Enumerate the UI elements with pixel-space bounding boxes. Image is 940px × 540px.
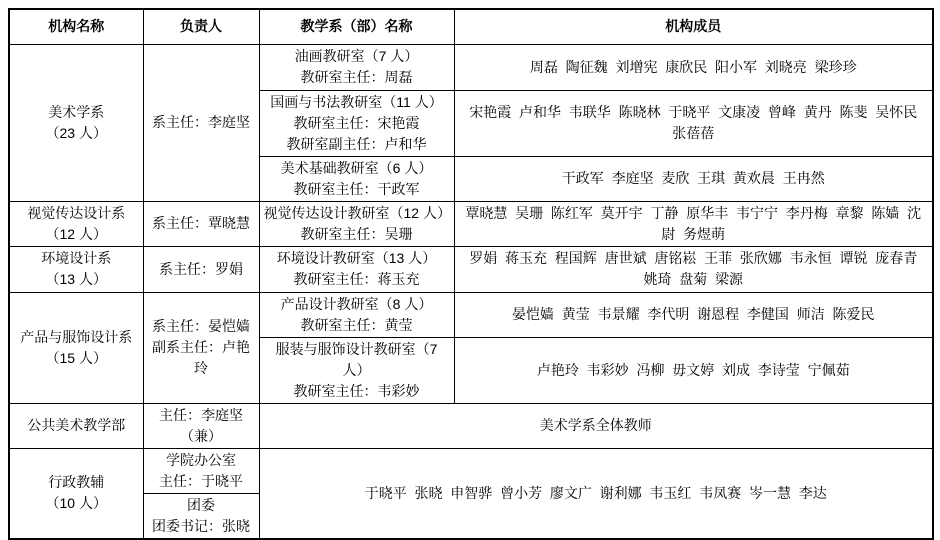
dept-name-line: 国画与书法教研室（11 人）: [264, 92, 450, 113]
org-name-line: 产品与服饰设计系: [14, 327, 139, 348]
members-cell-art-foundation: 干政军 李庭坚 麦欣 王琪 黄欢晨 王冉然: [454, 156, 933, 201]
leader-line: 系主任：罗娟: [148, 259, 255, 280]
dept-name-line: 视觉传达设计教研室（12 人）: [264, 203, 450, 224]
leader-cell-environment-design: 系主任：罗娟: [143, 246, 259, 292]
org-name-cell-public-art-teaching: 公共美术教学部: [9, 403, 143, 448]
dept-cell-chinese-painting-calligraphy: 国画与书法教研室（11 人） 教研室主任：宋艳霞 教研室副主任：卢和华: [259, 90, 454, 156]
leader-line: 系主任：覃晓慧: [148, 213, 255, 234]
dept-head-line: 教研室主任：吴珊: [264, 224, 450, 245]
dept-head-line: 教研室主任：干政军: [264, 179, 450, 200]
org-count-line: （12 人）: [14, 224, 139, 245]
org-name-cell-fine-arts: 美术学系 （23 人）: [9, 44, 143, 201]
dept-cell-environment-design: 环境设计教研室（13 人） 教研室主任：蒋玉充: [259, 246, 454, 292]
header-members: 机构成员: [454, 9, 933, 44]
members-cell-public-art-teaching: 美术学系全体教师: [259, 403, 933, 448]
leader-line: 系主任：李庭坚: [148, 112, 255, 133]
org-name-line: 环境设计系: [14, 248, 139, 269]
leader-cell-product-apparel-design: 系主任：晏恺嫱 副系主任：卢艳玲: [143, 292, 259, 403]
org-name-line: 美术学系: [14, 102, 139, 123]
org-count-line: （13 人）: [14, 269, 139, 290]
table-row: 行政教辅 （10 人） 学院办公室 主任：于晓平 于晓平 张晓 申智骅 曾小芳 …: [9, 448, 933, 493]
dept-name-line: 美术基础教研室（6 人）: [264, 158, 450, 179]
dept-head-line: 教研室主任：周磊: [264, 67, 450, 88]
dept-name-line: 环境设计教研室（13 人）: [264, 248, 450, 269]
table-row: 公共美术教学部 主任：李庭坚（兼） 美术学系全体教师: [9, 403, 933, 448]
dept-name-line: 油画教研室（7 人）: [264, 46, 450, 67]
org-name-cell-visual-design: 视觉传达设计系 （12 人）: [9, 201, 143, 246]
leader-cell-youth-league: 团委 团委书记：张晓: [143, 493, 259, 539]
dept-cell-oil-painting: 油画教研室（7 人） 教研室主任：周磊: [259, 44, 454, 90]
header-dept-name: 教学系（部）名称: [259, 9, 454, 44]
dept-deputy-line: 教研室副主任：卢和华: [264, 134, 450, 155]
office-head-line: 主任：于晓平: [148, 471, 255, 492]
org-count-line: （15 人）: [14, 348, 139, 369]
office-head-line: 团委书记：张晓: [148, 516, 255, 537]
org-count-line: （23 人）: [14, 123, 139, 144]
table-row: 美术学系 （23 人） 系主任：李庭坚 油画教研室（7 人） 教研室主任：周磊 …: [9, 44, 933, 90]
org-count-line: （10 人）: [14, 493, 139, 514]
members-cell-environment-design: 罗娟 蒋玉充 程国辉 唐世斌 唐铭崧 王菲 张欣娜 韦永恒 谭锐 庞春青 姚琦 …: [454, 246, 933, 292]
dept-cell-product-design: 产品设计教研室（8 人） 教研室主任：黄莹: [259, 292, 454, 337]
leader-cell-public-art-teaching: 主任：李庭坚（兼）: [143, 403, 259, 448]
deputy-leader-line: 副系主任：卢艳玲: [148, 337, 255, 379]
table-row: 视觉传达设计系 （12 人） 系主任：覃晓慧 视觉传达设计教研室（12 人） 教…: [9, 201, 933, 246]
leader-cell-fine-arts: 系主任：李庭坚: [143, 44, 259, 201]
office-name-line: 学院办公室: [148, 450, 255, 471]
dept-head-line: 教研室主任：韦彩妙: [264, 381, 450, 402]
office-name-line: 团委: [148, 495, 255, 516]
org-name-cell-product-apparel-design: 产品与服饰设计系 （15 人）: [9, 292, 143, 403]
members-cell-product-design: 晏恺嫱 黄莹 韦景耀 李代明 谢恩程 李健国 师洁 陈爱民: [454, 292, 933, 337]
table-row: 环境设计系 （13 人） 系主任：罗娟 环境设计教研室（13 人） 教研室主任：…: [9, 246, 933, 292]
org-name-line: 行政教辅: [14, 472, 139, 493]
dept-head-line: 教研室主任：蒋玉充: [264, 269, 450, 290]
dept-name-line: 服装与服饰设计教研室（7 人）: [264, 339, 450, 381]
leader-cell-visual-design: 系主任：覃晓慧: [143, 201, 259, 246]
dept-head-line: 教研室主任：黄莹: [264, 315, 450, 336]
org-name-cell-environment-design: 环境设计系 （13 人）: [9, 246, 143, 292]
members-cell-visual-design: 覃晓慧 吴珊 陈红军 莫开宇 丁静 原华丰 韦宁宁 李丹梅 章黎 陈嫱 沈尉 务…: [454, 201, 933, 246]
members-cell-oil-painting: 周磊 陶征魏 刘增宪 康欣民 阳小军 刘晓亮 梁珍珍: [454, 44, 933, 90]
table-row: 产品与服饰设计系 （15 人） 系主任：晏恺嫱 副系主任：卢艳玲 产品设计教研室…: [9, 292, 933, 337]
dept-name-line: 产品设计教研室（8 人）: [264, 294, 450, 315]
members-cell-fashion-design: 卢艳玲 韦彩妙 冯柳 毋文婷 刘成 李诗莹 宁佩茹: [454, 337, 933, 403]
org-name-line: 公共美术教学部: [14, 415, 139, 436]
leader-line: 主任：李庭坚（兼）: [148, 405, 255, 447]
header-org-name: 机构名称: [9, 9, 143, 44]
leader-cell-college-office: 学院办公室 主任：于晓平: [143, 448, 259, 493]
members-cell-admin-support: 于晓平 张晓 申智骅 曾小芳 廖文广 谢利娜 韦玉红 韦凤赛 岑一慧 李达: [259, 448, 933, 539]
dept-head-line: 教研室主任：宋艳霞: [264, 113, 450, 134]
org-structure-table: 机构名称 负责人 教学系（部）名称 机构成员 美术学系 （23 人） 系主任：李…: [8, 8, 934, 540]
dept-cell-fashion-design: 服装与服饰设计教研室（7 人） 教研室主任：韦彩妙: [259, 337, 454, 403]
members-cell-chinese-painting-calligraphy: 宋艳霞 卢和华 韦联华 陈晓林 于晓平 文康凌 曾峰 黄丹 陈斐 吴怀民 张蓓蓓: [454, 90, 933, 156]
dept-cell-art-foundation: 美术基础教研室（6 人） 教研室主任：干政军: [259, 156, 454, 201]
leader-line: 系主任：晏恺嫱: [148, 316, 255, 337]
document-page: 机构名称 负责人 教学系（部）名称 机构成员 美术学系 （23 人） 系主任：李…: [0, 0, 940, 540]
org-name-line: 视觉传达设计系: [14, 203, 139, 224]
table-header-row: 机构名称 负责人 教学系（部）名称 机构成员: [9, 9, 933, 44]
header-leader: 负责人: [143, 9, 259, 44]
org-name-cell-admin-support: 行政教辅 （10 人）: [9, 448, 143, 539]
dept-cell-visual-design: 视觉传达设计教研室（12 人） 教研室主任：吴珊: [259, 201, 454, 246]
